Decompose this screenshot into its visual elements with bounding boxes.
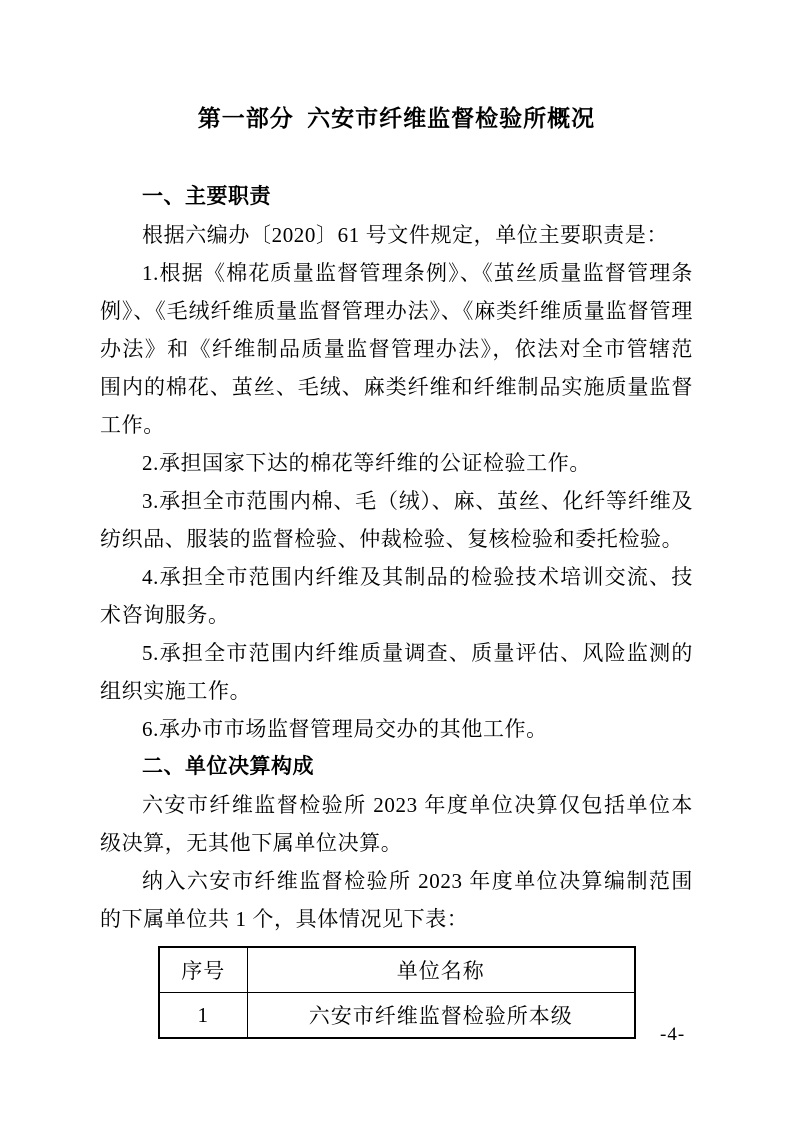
document-page: 第一部分 六安市纤维监督检验所概况 一、主要职责 根据六编办〔2020〕61 号… — [0, 0, 793, 1122]
table-cell-index: 1 — [159, 993, 247, 1039]
page-number: -4- — [660, 1024, 685, 1046]
paragraph-intro: 根据六编办〔2020〕61 号文件规定，单位主要职责是： — [100, 216, 693, 254]
table-header-row: 序号 单位名称 — [159, 947, 635, 993]
section-heading-duties: 一、主要职责 — [100, 178, 693, 216]
section-heading-composition: 二、单位决算构成 — [100, 748, 693, 786]
table-cell-unit-name: 六安市纤维监督检验所本级 — [247, 993, 635, 1039]
paragraph-duty-3: 3.承担全市范围内棉、毛（绒）、麻、茧丝、化纤等纤维及纺织品、服装的监督检验、仲… — [100, 482, 693, 558]
paragraph-duty-4: 4.承担全市范围内纤维及其制品的检验技术培训交流、技术咨询服务。 — [100, 558, 693, 634]
paragraph-duty-1: 1.根据《棉花质量监督管理条例》、《茧丝质量监督管理条例》、《毛绒纤维质量监督管… — [100, 254, 693, 444]
paragraph-duty-5: 5.承担全市范围内纤维质量调查、质量评估、风险监测的组织实施工作。 — [100, 634, 693, 710]
units-table: 序号 单位名称 1 六安市纤维监督检验所本级 — [158, 946, 636, 1039]
paragraph-duty-6: 6.承办市市场监督管理局交办的其他工作。 — [100, 710, 693, 748]
section-main-duties: 一、主要职责 根据六编办〔2020〕61 号文件规定，单位主要职责是： 1.根据… — [100, 178, 693, 748]
paragraph-duty-2: 2.承担国家下达的棉花等纤维的公证检验工作。 — [100, 444, 693, 482]
paragraph-composition-2: 纳入六安市纤维监督检验所 2023 年度单位决算编制范围的下属单位共 1 个，具… — [100, 862, 693, 938]
paragraph-composition-1: 六安市纤维监督检验所 2023 年度单位决算仅包括单位本级决算，无其他下属单位决… — [100, 786, 693, 862]
table-row: 1 六安市纤维监督检验所本级 — [159, 993, 635, 1039]
table-header-index: 序号 — [159, 947, 247, 993]
table-header-unit-name: 单位名称 — [247, 947, 635, 993]
page-title: 第一部分 六安市纤维监督检验所概况 — [100, 100, 693, 136]
section-accounts-composition: 二、单位决算构成 六安市纤维监督检验所 2023 年度单位决算仅包括单位本级决算… — [100, 748, 693, 1039]
